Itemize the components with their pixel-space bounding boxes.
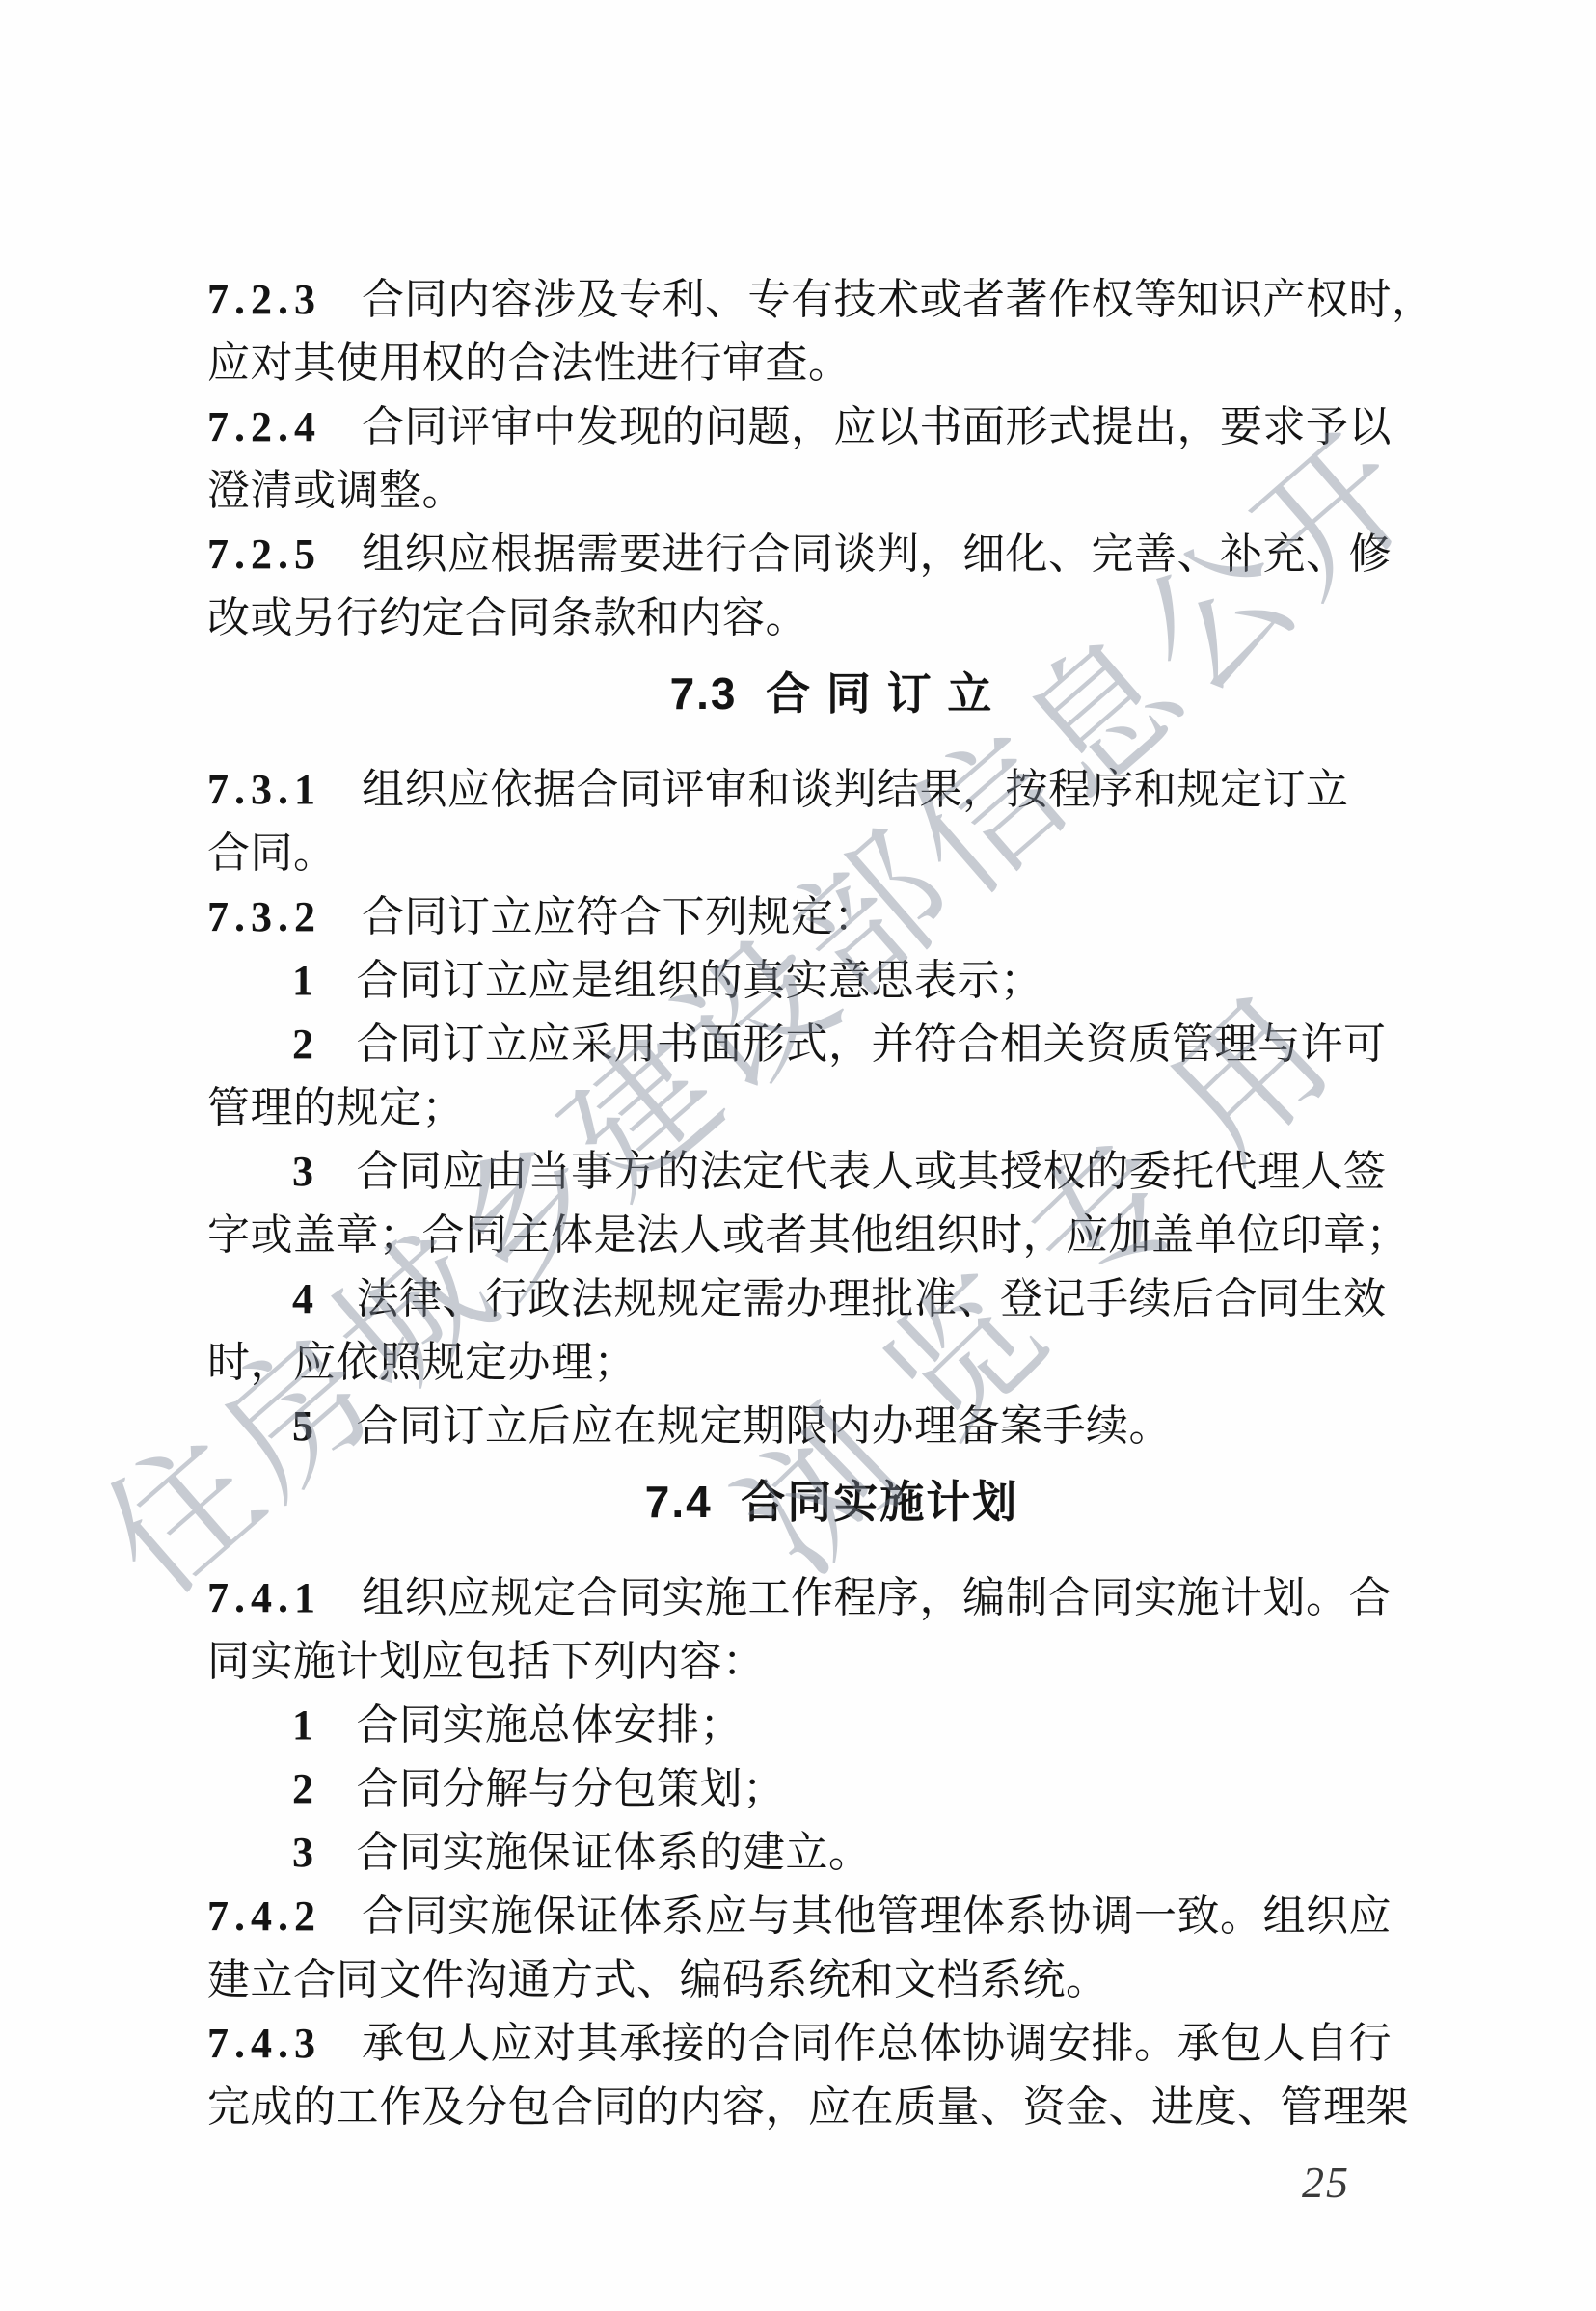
- clause-line: 7.2.4合同评审中发现的问题，应以书面形式提出，要求予以: [207, 395, 1456, 459]
- continuation-line: 管理的规定；: [207, 1076, 1456, 1140]
- item-number: 5: [292, 1395, 314, 1458]
- list-item-line: 2合同分解与分包策划；: [207, 1757, 1456, 1821]
- section-heading: 7.3 合 同 订 立: [207, 662, 1456, 725]
- clause-line: 7.2.3合同内容涉及专利、专有技术或者著作权等知识产权时，: [207, 268, 1456, 332]
- line-text: 组织应规定合同实施工作程序，编制合同实施计划。合: [362, 1574, 1392, 1621]
- clause-number: 7.4.2: [207, 1892, 321, 1940]
- list-item-line: 4法律、行政法规规定需办理批准、登记手续后合同生效: [207, 1267, 1456, 1331]
- line-text: 管理的规定；: [207, 1084, 465, 1131]
- clause-number: 7.4.3: [207, 2020, 321, 2067]
- continuation-line: 合同。: [207, 822, 1456, 885]
- continuation-line: 同实施计划应包括下列内容：: [207, 1630, 1456, 1694]
- item-number: 4: [292, 1267, 314, 1331]
- continuation-line: 应对其使用权的合法性进行审查。: [207, 332, 1456, 395]
- continuation-line: 字或盖章；合同主体是法人或者其他组织时，应加盖单位印章；: [207, 1204, 1456, 1267]
- clause-number: 7.2.4: [207, 403, 321, 450]
- item-number: 3: [292, 1140, 314, 1204]
- document-page: 住房城乡建设部信息公开 浏览专用 7.2.3合同内容涉及专利、专有技术或者著作权…: [0, 0, 1596, 2311]
- continuation-line: 时，应依照规定办理；: [207, 1331, 1456, 1395]
- line-text: 合同应由当事方的法定代表人或其授权的委托代理人签: [357, 1148, 1387, 1195]
- section-heading: 7.4 合同实施计划: [207, 1470, 1456, 1534]
- line-text: 7.3 合 同 订 立: [670, 668, 994, 719]
- line-text: 应对其使用权的合法性进行审查。: [207, 340, 852, 387]
- clause-line: 7.3.2合同订立应符合下列规定：: [207, 885, 1456, 949]
- line-text: 合同订立应符合下列规定：: [362, 893, 877, 940]
- list-item-line: 2合同订立应采用书面形式，并符合相关资质管理与许可: [207, 1013, 1456, 1076]
- page-number: 25: [1302, 2157, 1350, 2208]
- line-text: 合同实施总体安排；: [357, 1701, 744, 1749]
- line-text: 合同实施保证体系应与其他管理体系协调一致。组织应: [362, 1892, 1392, 1940]
- clause-line: 7.3.1组织应依据合同评审和谈判结果，按程序和规定订立: [207, 758, 1456, 822]
- line-text: 7.4 合同实施计划: [645, 1477, 1019, 1527]
- clause-line: 7.4.3承包人应对其承接的合同作总体协调安排。承包人自行: [207, 2012, 1456, 2076]
- line-text: 时，应依照规定办理；: [207, 1339, 636, 1386]
- list-item-line: 1合同实施总体安排；: [207, 1694, 1456, 1757]
- list-item-line: 1合同订立应是组织的真实意思表示；: [207, 949, 1456, 1013]
- line-text: 法律、行政法规规定需办理批准、登记手续后合同生效: [357, 1275, 1387, 1322]
- clause-number: 7.4.1: [207, 1574, 321, 1621]
- clause-number: 7.2.3: [207, 276, 321, 323]
- item-number: 1: [292, 1694, 314, 1757]
- line-text: 合同订立后应在规定期限内办理备案手续。: [357, 1402, 1173, 1450]
- continuation-line: 建立合同文件沟通方式、编码系统和文档系统。: [207, 1948, 1456, 2012]
- line-text: 完成的工作及分包合同的内容，应在质量、资金、进度、管理架: [207, 2083, 1409, 2131]
- line-text: 改或另行约定合同条款和内容。: [207, 594, 808, 641]
- clause-line: 7.4.1组织应规定合同实施工作程序，编制合同实施计划。合: [207, 1566, 1456, 1630]
- list-item-line: 3合同应由当事方的法定代表人或其授权的委托代理人签: [207, 1140, 1456, 1204]
- clause-number: 7.2.5: [207, 530, 321, 578]
- line-text: 合同评审中发现的问题，应以书面形式提出，要求予以: [362, 403, 1392, 450]
- line-text: 合同实施保证体系的建立。: [357, 1829, 872, 1876]
- line-text: 澄清或调整。: [207, 467, 465, 514]
- list-item-line: 3合同实施保证体系的建立。: [207, 1821, 1456, 1885]
- item-number: 3: [292, 1821, 314, 1885]
- continuation-line: 澄清或调整。: [207, 459, 1456, 523]
- clause-number: 7.3.2: [207, 893, 321, 940]
- line-text: 合同。: [207, 829, 337, 877]
- item-number: 1: [292, 949, 314, 1013]
- line-text: 合同订立应是组织的真实意思表示；: [357, 957, 1043, 1004]
- list-item-line: 5合同订立后应在规定期限内办理备案手续。: [207, 1395, 1456, 1458]
- clause-number: 7.3.1: [207, 766, 321, 813]
- line-text: 承包人应对其承接的合同作总体协调安排。承包人自行: [362, 2020, 1392, 2067]
- item-number: 2: [292, 1757, 314, 1821]
- continuation-line: 完成的工作及分包合同的内容，应在质量、资金、进度、管理架: [207, 2076, 1456, 2139]
- continuation-line: 改或另行约定合同条款和内容。: [207, 586, 1456, 650]
- clause-line: 7.4.2合同实施保证体系应与其他管理体系协调一致。组织应: [207, 1885, 1456, 1948]
- line-text: 同实施计划应包括下列内容：: [207, 1638, 766, 1685]
- line-text: 合同内容涉及专利、专有技术或者著作权等知识产权时，: [362, 276, 1435, 323]
- line-text: 合同订立应采用书面形式，并符合相关资质管理与许可: [357, 1020, 1387, 1068]
- document-content: 7.2.3合同内容涉及专利、专有技术或者著作权等知识产权时，应对其使用权的合法性…: [207, 268, 1456, 2139]
- line-text: 建立合同文件沟通方式、编码系统和文档系统。: [207, 1956, 1109, 2003]
- clause-line: 7.2.5组织应根据需要进行合同谈判，细化、完善、补充、修: [207, 523, 1456, 586]
- line-text: 组织应根据需要进行合同谈判，细化、完善、补充、修: [362, 530, 1392, 578]
- item-number: 2: [292, 1013, 314, 1076]
- line-text: 字或盖章；合同主体是法人或者其他组织时，应加盖单位印章；: [207, 1211, 1409, 1259]
- line-text: 合同分解与分包策划；: [357, 1765, 786, 1812]
- line-text: 组织应依据合同评审和谈判结果，按程序和规定订立: [362, 766, 1349, 813]
